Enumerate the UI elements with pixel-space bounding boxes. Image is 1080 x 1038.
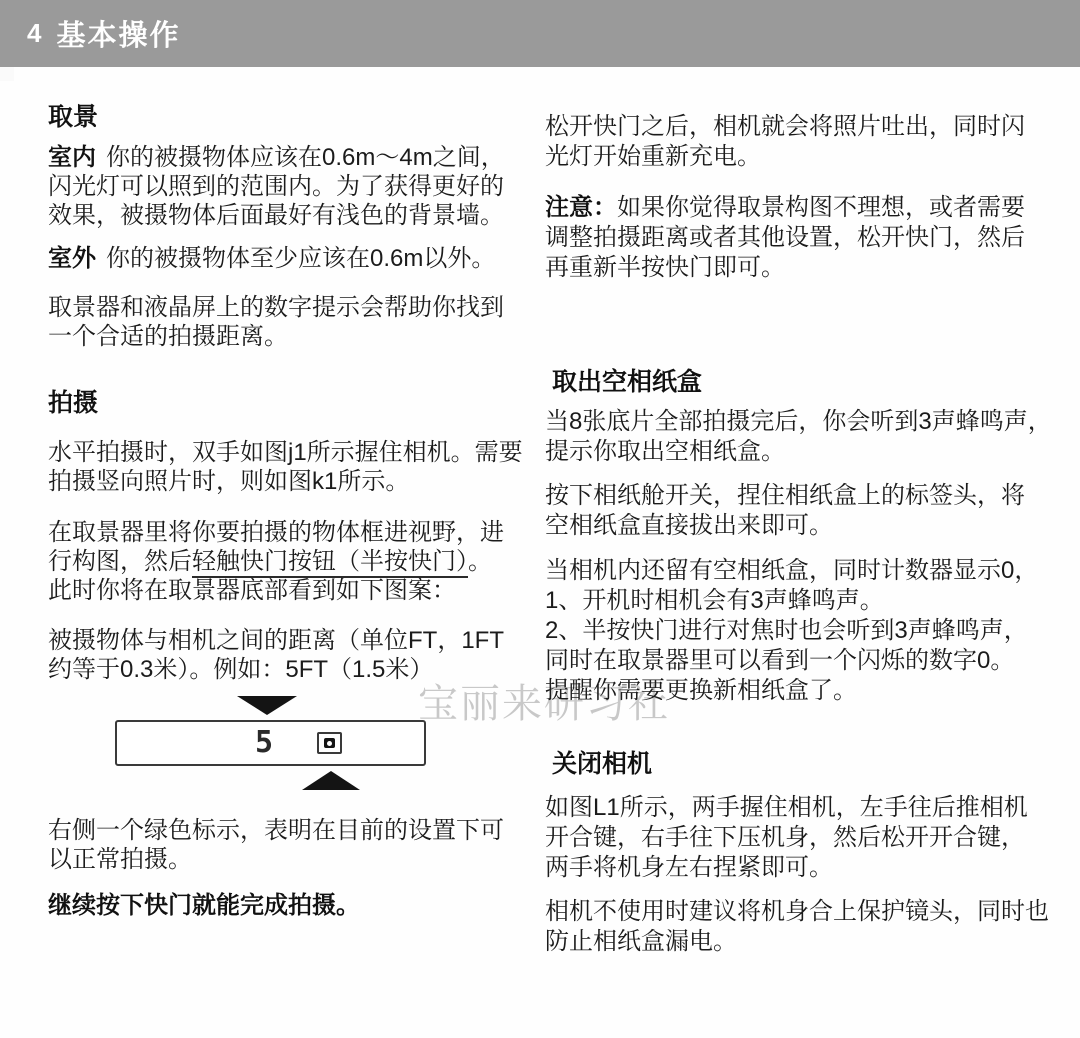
paragraph-viewfinder-hint: 取景器和液晶屏上的数字提示会帮助你找到一个合适的拍摄距离。 (48, 293, 526, 351)
paragraph-close-steps: 如图L1所示，两手握住相机，左手往后推相机开合键，右手往下压机身，然后松开开合键… (545, 793, 1055, 883)
chapter-header: 4 基本操作 (0, 0, 1080, 67)
heading-framing: 取景 (48, 102, 526, 132)
note-line1: 如果你觉得取景构图不理想，或者需要 (617, 194, 1025, 221)
paragraph-note: 注意：如果你觉得取景构图不理想，或者需要调整拍摄距离或者其他设置，松开快门，然后… (545, 193, 1055, 283)
film-hole-icon (327, 741, 332, 746)
triangle-down-icon (237, 696, 297, 715)
manual-page: 4 基本操作 宝丽来研习社 取景 室内你的被摄物体应该在0.6m～4m之间，闪光… (0, 0, 1080, 1038)
paragraph-outdoor: 室外你的被摄物体至少应该在0.6m以外。 (48, 244, 526, 273)
note-rest: 调整拍摄距离或者其他设置，松开快门，然后再重新半按快门即可。 (545, 224, 1025, 281)
outdoor-text: 你的被摄物体至少应该在0.6m以外。 (106, 245, 495, 272)
right-column: 松开快门之后，相机就会将照片吐出，同时闪光灯开始重新充电。 注意：如果你觉得取景… (545, 100, 1055, 957)
viewfinder-display: 5 (115, 720, 426, 766)
paragraph-finish-shot: 继续按下快门就能完成拍摄。 (48, 891, 526, 920)
compose-line1: 在取景器里将你要拍摄的物体框进视野，进 (48, 519, 504, 546)
paragraph-eight-shots: 当8张底片全部拍摄完后，你会听到3声蜂鸣声，提示你取出空相纸盒。 (545, 407, 1055, 467)
paragraph-hold-camera: 水平拍摄时，双手如图j1所示握住相机。需要拍摄竖向照片时，则如图k1所示。 (48, 438, 526, 496)
heading-close-camera: 关闭相机 (545, 749, 1055, 779)
indoor-label: 室内 (48, 144, 96, 171)
page-title: 基本操作 (56, 13, 180, 54)
distance-value: 5 (255, 727, 273, 759)
heading-shooting: 拍摄 (48, 388, 526, 418)
scan-notch (0, 67, 14, 81)
heading-remove-cartridge: 取出空相纸盒 (545, 367, 1055, 397)
paragraph-photo-eject: 松开快门之后，相机就会将照片吐出，同时闪光灯开始重新充电。 (545, 112, 1055, 172)
indoor-text: 你的被摄物体应该在0.6m～4m之间，闪光灯可以照到的范围内。为了获得更好的效果… (48, 144, 505, 229)
paragraph-counter-zero: 当相机内还留有空相纸盒，同时计数器显示0，1、开机时相机会有3声蜂鸣声。2、半按… (545, 556, 1055, 706)
note-label: 注意： (545, 194, 617, 221)
left-column: 取景 室内你的被摄物体应该在0.6m～4m之间，闪光灯可以照到的范围内。为了获得… (48, 100, 526, 920)
chapter-number: 4 (27, 18, 41, 49)
compose-line2-pre: 行构图，然后 (48, 548, 192, 575)
compose-line2-post: 。 (468, 548, 492, 575)
viewfinder-figure: 5 (48, 694, 526, 798)
film-dot-icon (324, 738, 335, 748)
paragraph-green-mark: 右侧一个绿色标示，表明在目前的设置下可以正常拍摄。 (48, 816, 526, 874)
paragraph-distance: 被摄物体与相机之间的距离（单位FT，1FT约等于0.3米）。例如：5FT（1.5… (48, 626, 526, 684)
triangle-up-icon (302, 771, 360, 790)
compose-underlined-text: 轻触快门按钮（半按快门） (192, 548, 468, 578)
outdoor-label: 室外 (48, 245, 96, 272)
paragraph-indoor: 室内你的被摄物体应该在0.6m～4m之间，闪光灯可以照到的范围内。为了获得更好的… (48, 143, 526, 230)
paragraph-compose: 在取景器里将你要拍摄的物体框进视野，进行构图，然后轻触快门按钮（半按快门）。此时… (48, 518, 526, 605)
compose-line3: 此时你将在取景器底部看到如下图案： (48, 577, 456, 604)
paragraph-close-advice: 相机不使用时建议将机身合上保护镜头，同时也防止相纸盒漏电。 (545, 897, 1055, 957)
paragraph-pull-cartridge: 按下相纸舱开关，捏住相纸盒上的标签头，将空相纸盒直接拔出来即可。 (545, 481, 1055, 541)
film-ready-icon (317, 732, 342, 754)
